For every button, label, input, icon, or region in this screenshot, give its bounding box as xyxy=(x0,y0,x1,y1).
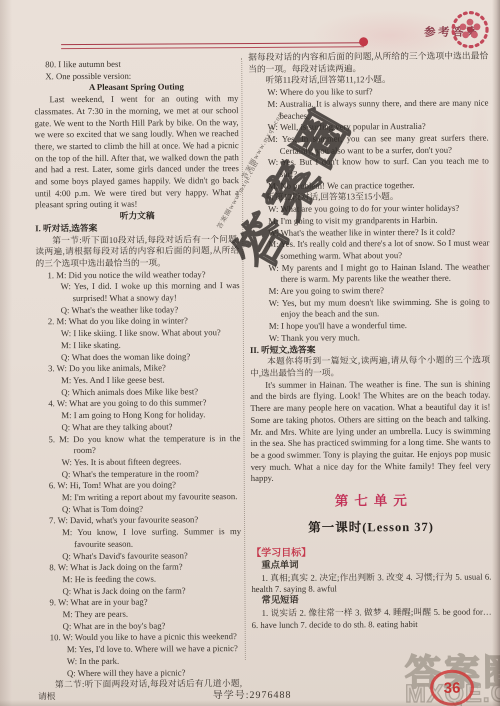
text-line: Q: What are they talking about? xyxy=(73,421,240,434)
text-line: M: Yes. And I like geese best. xyxy=(73,374,240,387)
text-line: 5. M: Do you know what the temperature i… xyxy=(73,433,240,457)
paper-edge-left xyxy=(0,0,12,706)
text-line: 2. M: What do you like doing in winter? xyxy=(73,316,240,329)
paper-edge-bottom xyxy=(0,700,500,706)
text-line: 【学习目标】 xyxy=(251,546,491,561)
text-line: W: Yes, but my mum doesn't like swimming… xyxy=(281,296,490,321)
text-line: W: In the park. xyxy=(79,655,242,668)
text-line: 1. 真相;真实 2. 决定;作出判断 3. 改变 4. 习惯;行为 5. us… xyxy=(251,571,491,596)
header-dot xyxy=(359,37,368,46)
text-line: M: Yes, I'd love to. Where will we have … xyxy=(79,643,242,656)
text-line: 第七单元 xyxy=(251,491,491,511)
text-line: Q: What is Tom doing? xyxy=(74,503,241,516)
text-line: 6. W: Hi, Tom! What are you doing? xyxy=(74,479,241,492)
text-line: M: I like skating. xyxy=(73,339,240,352)
header-rule-bottom xyxy=(61,46,364,49)
page-content: 参考答案 80. I like autumn bestX. One possib… xyxy=(0,0,500,706)
text-line: Last weekend, I went for an outing with … xyxy=(34,93,239,211)
text-line: 8. W: What is Jack doing on the farm? xyxy=(74,561,241,574)
text-line: W: My parents and I might go to Hainan I… xyxy=(280,261,489,286)
text-line: 据每段对话的内容和后面的问题,从所给的三个选项中选出最恰当的一项。每段对话读两遍… xyxy=(248,51,488,76)
text-line: 本题你将听到一篇短文,读两遍,请从每个小题的三个选项中,选出最恰当的一项。 xyxy=(250,355,490,380)
text-line: 10. W: Would you like to have a picnic t… xyxy=(79,632,242,645)
text-line: W: Yes. It is about fifteen degrees. xyxy=(74,456,241,469)
text-line: M: I'm writing a report about my favouri… xyxy=(74,491,241,504)
text-line: W: I like skiing. I like snow. What abou… xyxy=(73,327,240,340)
text-line: M: You know, I love surfing. Summer is m… xyxy=(74,526,241,550)
text-line: Q: What's the temperature in the room? xyxy=(74,468,241,481)
flower-medallion-icon xyxy=(449,9,491,51)
text-line: Q: What is Jack doing on the farm? xyxy=(74,585,241,598)
text-line: 第一节:听下面10段对话,每段对话后有一个问题,读两遍,请根据每段对话的内容和后… xyxy=(35,234,239,270)
text-line: 1. M: Did you notice the wild weather to… xyxy=(72,269,239,282)
text-line: M: I am going to Hong Kong for holiday. xyxy=(73,409,240,422)
text-line: 9. W: What are in your bag? xyxy=(74,596,241,609)
text-line: 3. W: Do you like animals, Mike? xyxy=(73,362,240,375)
text-line: M: Yes. It's really cold and there's a l… xyxy=(280,238,489,263)
header-rule-top xyxy=(61,42,364,45)
text-line: 1. 说实话 2. 像往常一样 3. 做梦 4. 睡醒;叫醒 5. be goo… xyxy=(252,606,492,631)
text-line: M: He is feeding the cows. xyxy=(74,573,241,586)
text-line: M: They are pears. xyxy=(75,608,242,621)
text-line: Q: What's David's favourite season? xyxy=(74,550,241,563)
text-line: 第一课时(Lesson 37) xyxy=(251,519,491,537)
text-line: 7. W: David, what's your favourite seaso… xyxy=(74,514,241,527)
text-line: W: Yes, I did. I woke up this morning an… xyxy=(73,280,240,304)
text-line: Q: Which animals does Mike like best? xyxy=(73,386,240,399)
text-line: It's summer in Hainan. The weather is fi… xyxy=(250,378,491,485)
paper-edge-right xyxy=(492,0,500,706)
left-column: 80. I like autumn bestX. One possible ve… xyxy=(34,58,242,703)
text-line: Q: What does the woman like doing? xyxy=(73,351,240,364)
text-line: 4. W: What are you going to do this summ… xyxy=(73,397,240,410)
text-line: Q: What's the weather like today? xyxy=(73,304,240,317)
scanned-answer-page: 参考答案 80. I like autumn bestX. One possib… xyxy=(0,0,500,706)
column-divider xyxy=(241,58,246,660)
text-line: Q: What are in the boy's bag? xyxy=(75,620,242,633)
